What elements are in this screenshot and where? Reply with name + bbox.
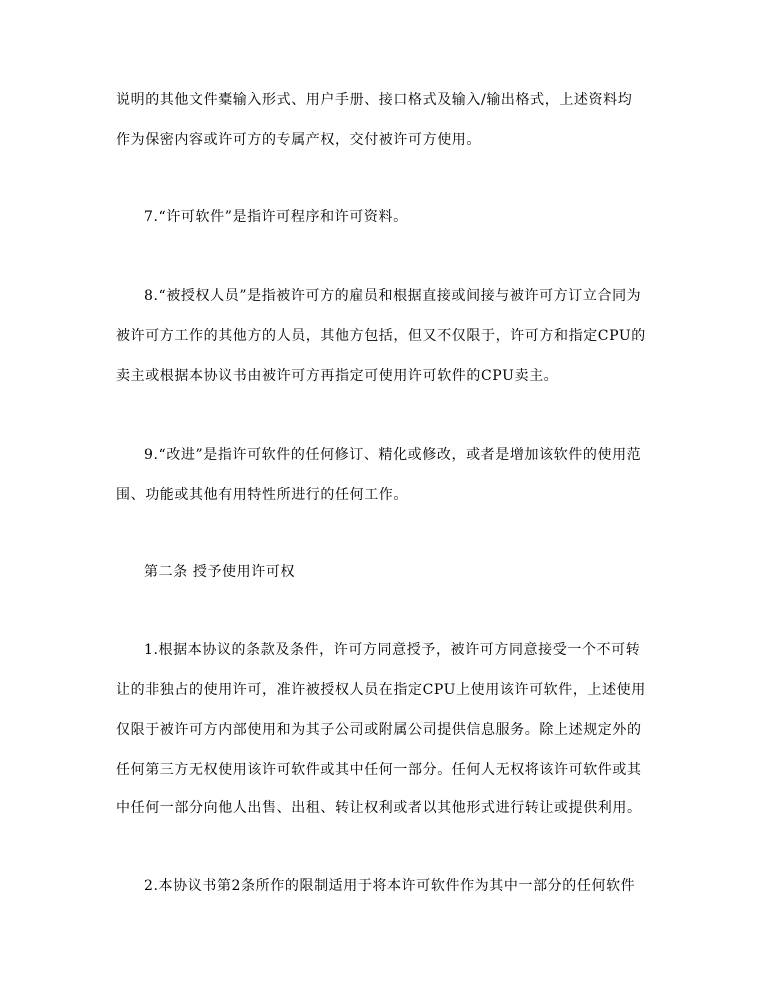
text-line: 任何第三方无权使用该许可软件或其中任何一部分。任何人无权将该许可软件或其 [116,760,642,780]
text-line: 说明的其他文件橐输入形式、用户手册、接口格式及输入/输出格式，上述资料均 [116,90,632,110]
text-line: 让的非独占的使用许可，准许被授权人员在指定CPU上使用该许可软件，上述使用 [116,680,646,700]
text-line: 围、功能或其他有用特性所进行的任何工作。 [116,485,408,505]
text-line: 作为保密内容或许可方的专属产权，交付被许可方使用。 [116,130,481,150]
text-line: 卖主或根据本协议书由被许可方再指定可使用许可软件的CPU卖主。 [116,366,558,386]
definition-7: 7.“许可软件”是指许可程序和许可资料。 [144,207,408,227]
text-line: 被许可方工作的其他方的人员，其他方包括，但又不仅限于，许可方和指定CPU的 [116,326,646,346]
definition-9: 9.“改进”是指许可软件的任何修订、精化或修改，或者是增加该软件的使用范 [144,445,641,465]
definition-8: 8.“被授权人员”是指被许可方的雇员和根据直接或间接与被许可方订立合同为 [144,286,641,306]
section-heading: 第二条 授予使用许可权 [144,562,295,582]
text-line: 中任何一部分向他人出售、出租、转让权利或者以其他形式进行转让或提供利用。 [116,798,642,818]
clause-2: 2.本协议书第2条所作的限制适用于将本许可软件作为其中一部分的任何软件 [144,876,635,896]
clause-1: 1.根据本协议的条款及条件，许可方同意授予，被许可方同意接受一个不可转 [144,640,640,660]
text-line: 仅限于被许可方内部使用和为其子公司或附属公司提供信息服务。除上述规定外的 [116,720,642,740]
